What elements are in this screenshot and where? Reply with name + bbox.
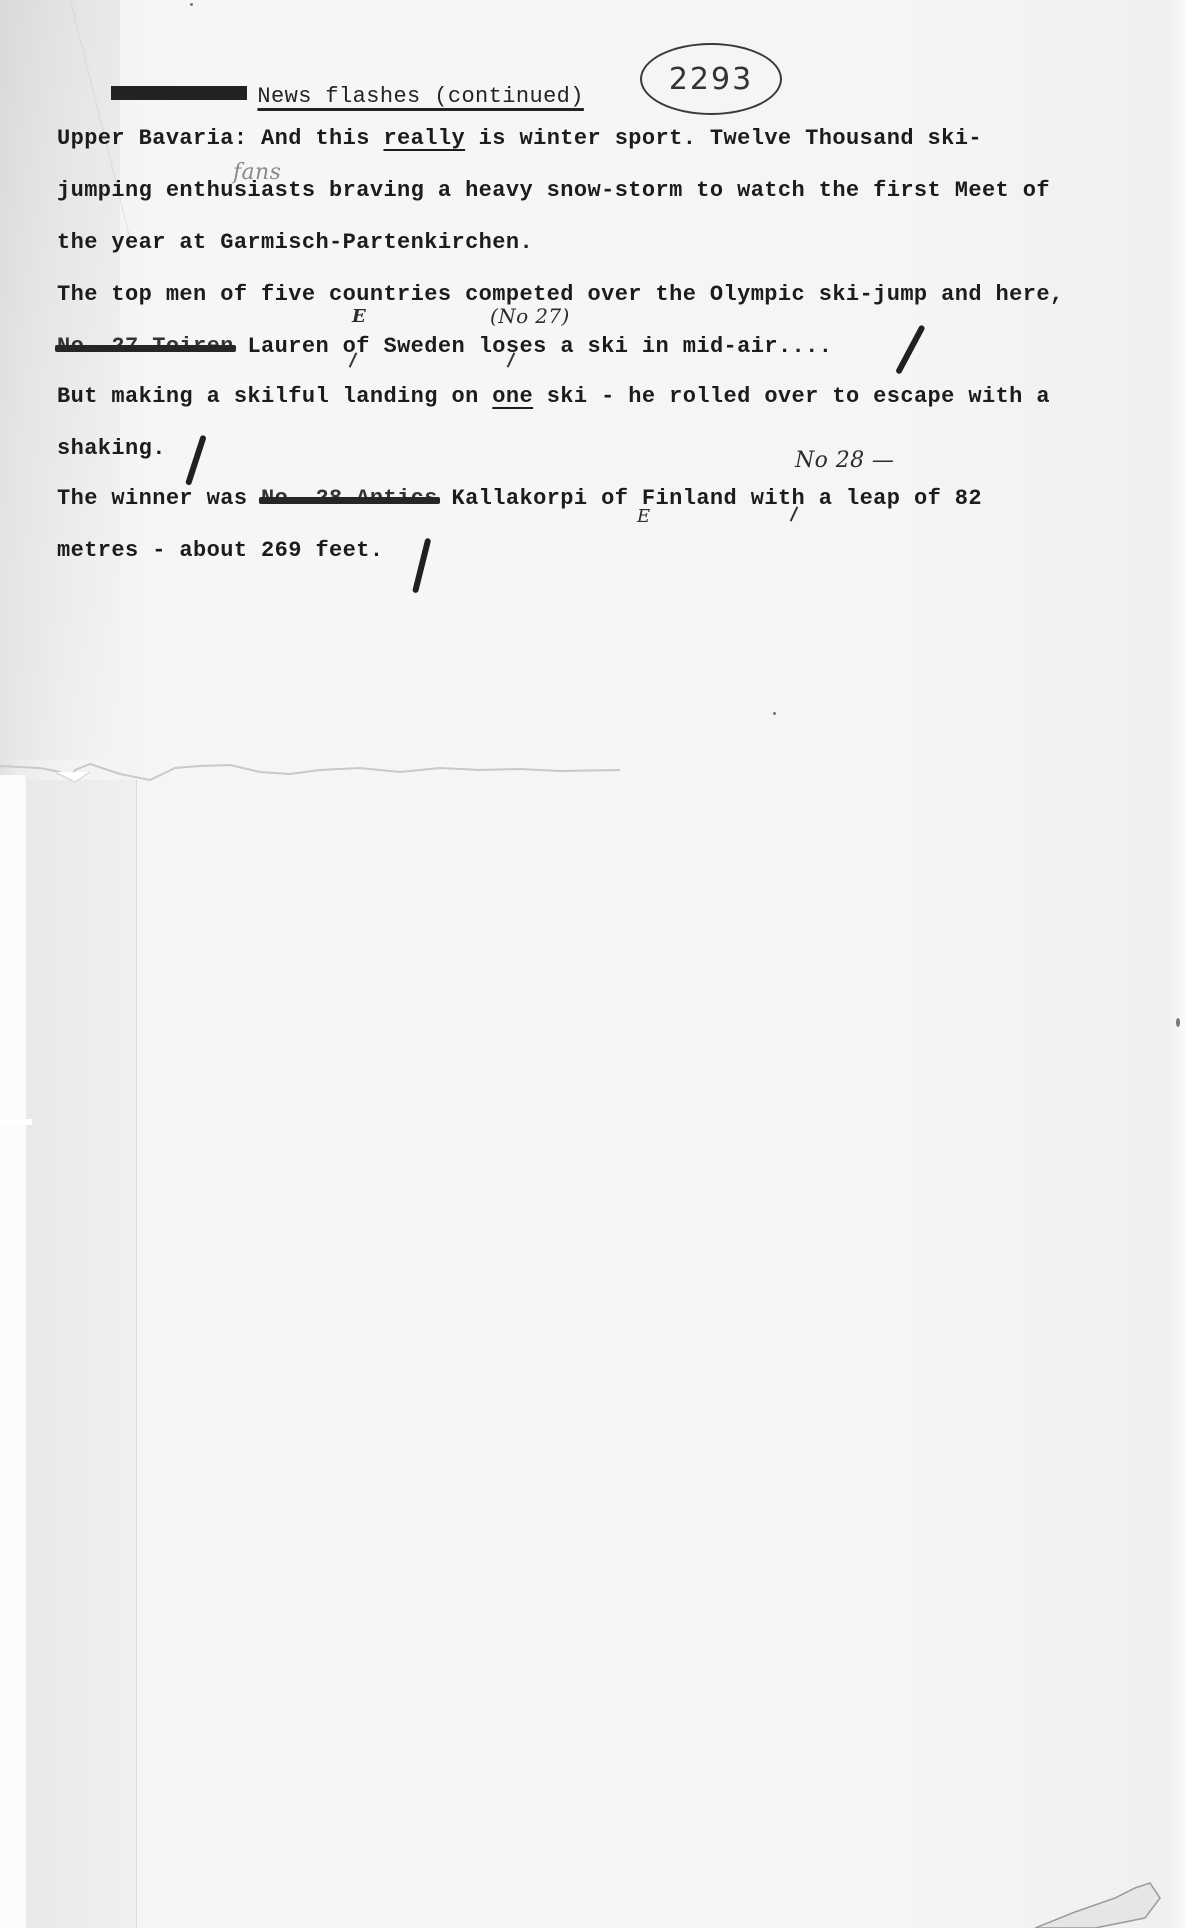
handwritten-number-28: No 28 —: [795, 448, 894, 473]
underlined-really: really: [383, 126, 465, 151]
ink-speck: [773, 712, 776, 715]
paragraph-1-line-1: Upper Bavaria: And this really is winter…: [57, 126, 982, 151]
circled-page-number: 2293: [640, 43, 782, 115]
ink-speck: [190, 3, 193, 6]
paragraph-3-line-1: But making a skilful landing on one ski …: [57, 384, 1050, 409]
cut-mark-slash-3: [412, 538, 431, 594]
typewritten-document: 2293 News flashes (continued) Upper Bava…: [0, 0, 1185, 1928]
paragraph-4-line-1: The winner was No. 28 Antics Kallakorpi …: [57, 486, 982, 511]
paragraph-1-line-3: the year at Garmisch-Partenkirchen.: [57, 230, 533, 255]
paragraph-4-line-2: metres - about 269 feet.: [57, 538, 383, 563]
paragraph-3-line-2: shaking.: [57, 436, 166, 461]
handwritten-e-correction: E: [352, 306, 366, 327]
cut-mark-slash-1: [895, 324, 926, 374]
struck-heading-prefix: [111, 86, 247, 100]
underlined-one: one: [492, 384, 533, 409]
ink-speck: [1176, 1018, 1180, 1027]
paragraph-1-line-2: jumping enthusiasts braving a heavy snow…: [57, 178, 1050, 203]
paragraph-2-line-2: No. 27 Toiren Lauren of Sweden loses a s…: [57, 334, 832, 359]
handwritten-number-27: (No 27): [490, 304, 570, 328]
heading-title: News flashes (continued): [257, 84, 583, 109]
document-heading: News flashes (continued): [57, 59, 584, 134]
cut-mark-slash-2: [185, 435, 207, 486]
struck-text-no27: No. 27 Toiren: [57, 334, 234, 359]
handwritten-e-mark: E: [637, 506, 651, 527]
struck-text-no28: No. 28 Antics: [261, 486, 438, 511]
